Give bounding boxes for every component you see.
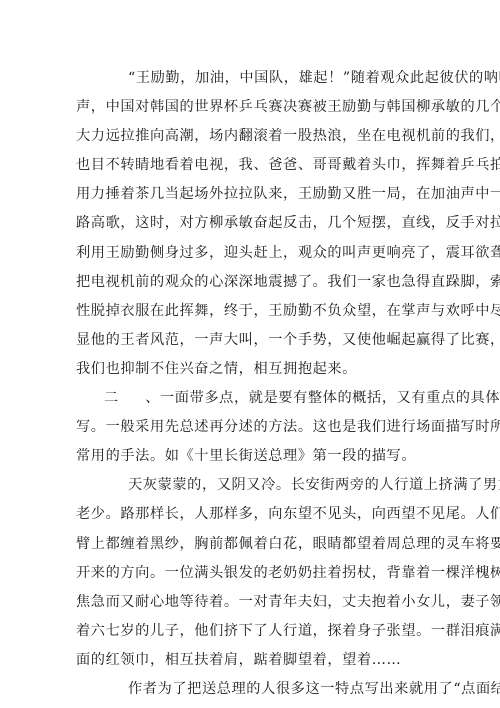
text-line: 利用王励勤侧身过多，迎头赶上，观众的叫声更响亮了，震耳欲聋， — [76, 239, 424, 268]
text-line: 作者为了把送总理的人很多这一特点写出来就用了“点面结 — [76, 675, 424, 704]
text-line: 面的红领巾，相互扶着肩，踮着脚望着，望着…… — [76, 646, 424, 675]
paragraph-match-scene: “王励勤，加油，中国队，雄起！”随着观众此起彼伏的呐喊 声，中国对韩国的世界杯乒… — [76, 64, 424, 384]
text-line: 写。一般采用先总述再分述的方法。这也是我们进行场面描写时所 — [76, 413, 424, 442]
text-line: 天灰蒙蒙的，又阴又冷。长安街两旁的人行道上挤满了男女 — [76, 471, 424, 500]
paragraph-analysis: 作者为了把送总理的人很多这一特点写出来就用了“点面结 — [76, 675, 424, 704]
text-line: 也目不转睛地看着电视，我、爸爸、哥哥戴着头巾，挥舞着乒乓拍， — [76, 151, 424, 180]
text-line: 路高歌，这时，对方柳承敏奋起反击，几个短摆，直线，反手对拉， — [76, 209, 424, 238]
text-line: 用力捶着茶几当起场外拉拉队来，王励勤又胜一局，在加油声中一 — [76, 180, 424, 209]
text-line: “王励勤，加油，中国队，雄起！”随着观众此起彼伏的呐喊 — [76, 64, 424, 93]
text-line: 我们也抑制不住兴奋之情，相互拥抱起来。 — [76, 355, 424, 384]
text-line: 把电视机前的观众的心深深地震撼了。我们一家也急得直跺脚，索 — [76, 268, 424, 297]
text-line: 老少。路那样长，人那样多，向东望不见头，向西望不见尾。人们 — [76, 500, 424, 529]
text-line: 开来的方向。一位满头银发的老奶奶拄着拐杖，背靠着一棵洋槐树， — [76, 559, 424, 588]
text-line: 常用的手法。如《十里长街送总理》第一段的描写。 — [76, 442, 424, 471]
paragraph-quote-excerpt: 天灰蒙蒙的，又阴又冷。长安街两旁的人行道上挤满了男女 老少。路那样长，人那样多，… — [76, 471, 424, 675]
section-intro-text: 一面带多点，就是要有整体的概括，又有重点的具体描 — [160, 390, 500, 406]
document-page: “王励勤，加油，中国队，雄起！”随着观众此起彼伏的呐喊 声，中国对韩国的世界杯乒… — [0, 0, 500, 708]
section-number: 二、 — [104, 384, 160, 413]
paragraph-section-two: 二、一面带多点，就是要有整体的概括，又有重点的具体描 写。一般采用先总述再分述的… — [76, 384, 424, 471]
text-line: 着六七岁的儿子，他们挤下了人行道，探着身子张望。一群泪痕满 — [76, 617, 424, 646]
text-line: 二、一面带多点，就是要有整体的概括，又有重点的具体描 — [76, 384, 424, 413]
text-line: 性脱掉衣服在此挥舞，终于，王励勤不负众望，在掌声与欢呼中尽 — [76, 297, 424, 326]
text-line: 显他的王者风范，一声大叫，一个手势，又使他崛起赢得了比赛， — [76, 326, 424, 355]
text-line: 声，中国对韩国的世界杯乒乓赛决赛被王励勤与韩国柳承敏的几个 — [76, 93, 424, 122]
document-body: “王励勤，加油，中国队，雄起！”随着观众此起彼伏的呐喊 声，中国对韩国的世界杯乒… — [76, 64, 424, 704]
text-line: 大力远拉推向高潮，场内翻滚着一股热浪，坐在电视机前的我们， — [76, 122, 424, 151]
text-line: 焦急而又耐心地等待着。一对青年夫妇，丈夫抱着小女儿，妻子领 — [76, 588, 424, 617]
text-line: 臂上都缠着黑纱，胸前都佩着白花，眼睛都望着周总理的灵车将要 — [76, 530, 424, 559]
